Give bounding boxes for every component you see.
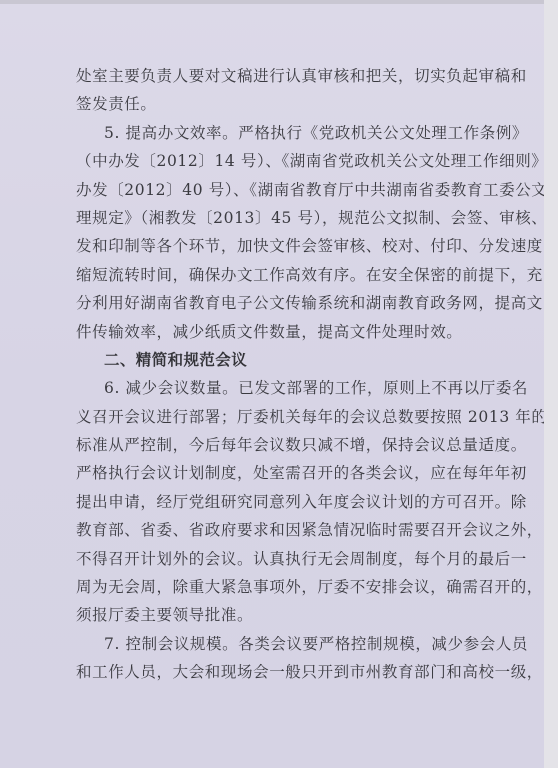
paragraph-6-start: 6. 减少会议数量。已发文部署的工作，原则上不再以厅委名 — [76, 374, 481, 402]
text-line: 周为无会周，除重大紧急事项外，厅委不安排会议，确需召开的， — [76, 573, 481, 601]
text-line: 提出申请，经厅党组研究同意列入年度会议计划的方可召开。除 — [76, 488, 481, 516]
text-line: 分利用好湖南省教育电子公文传输系统和湖南教育政务网，提高文 — [76, 289, 481, 317]
scanned-page: 处室主要负责人要对文稿进行认真审核和把关，切实负起审稿和 签发责任。 5. 提高… — [0, 0, 544, 768]
text-line: 不得召开计划外的会议。认真执行无会周制度，每个月的最后一 — [76, 545, 481, 573]
section-heading: 二、精简和规范会议 — [76, 346, 481, 374]
text-line: 严格执行会议计划制度，处室需召开的各类会议，应在每年年初 — [76, 459, 481, 487]
text-line: 件传输效率，减少纸质文件数量，提高文件处理时效。 — [76, 318, 481, 346]
text-line: 和工作人员，大会和现场会一般只开到市州教育部门和高校一级， — [76, 658, 481, 686]
text-line: 缩短流转时间，确保办文工作高效有序。在安全保密的前提下，充 — [76, 261, 481, 289]
text-line: 处室主要负责人要对文稿进行认真审核和把关，切实负起审稿和 — [76, 62, 481, 90]
text-line: 标准从严控制，今后每年会议数只减不增，保持会议总量适度。 — [76, 431, 481, 459]
document-body: 处室主要负责人要对文稿进行认真审核和把关，切实负起审稿和 签发责任。 5. 提高… — [76, 62, 481, 687]
scan-margin-strip — [544, 0, 558, 768]
text-line: 办发〔2012〕40 号）、《湖南省教育厅中共湖南省委教育工委公文处 — [76, 176, 481, 204]
text-line: 签发责任。 — [76, 90, 481, 118]
text-line: 教育部、省委、省政府要求和因紧急情况临时需要召开会议之外， — [76, 516, 481, 544]
text-line: 理规定》（湘教发〔2013〕45 号），规范公文拟制、会签、审核、签 — [76, 204, 481, 232]
text-line: 发和印制等各个环节，加快文件会签审核、校对、付印、分发速度， — [76, 232, 481, 260]
text-line: （中办发〔2012〕14 号）、《湖南省党政机关公文处理工作细则》（湘 — [76, 147, 481, 175]
text-line: 须报厅委主要领导批准。 — [76, 601, 481, 629]
paragraph-5-start: 5. 提高办文效率。严格执行《党政机关公文处理工作条例》 — [76, 119, 481, 147]
page-top-edge — [0, 0, 544, 4]
paragraph-7-start: 7. 控制会议规模。各类会议要严格控制规模，减少参会人员 — [76, 630, 481, 658]
text-line: 义召开会议进行部署；厅委机关每年的会议总数要按照 2013 年的 — [76, 403, 481, 431]
